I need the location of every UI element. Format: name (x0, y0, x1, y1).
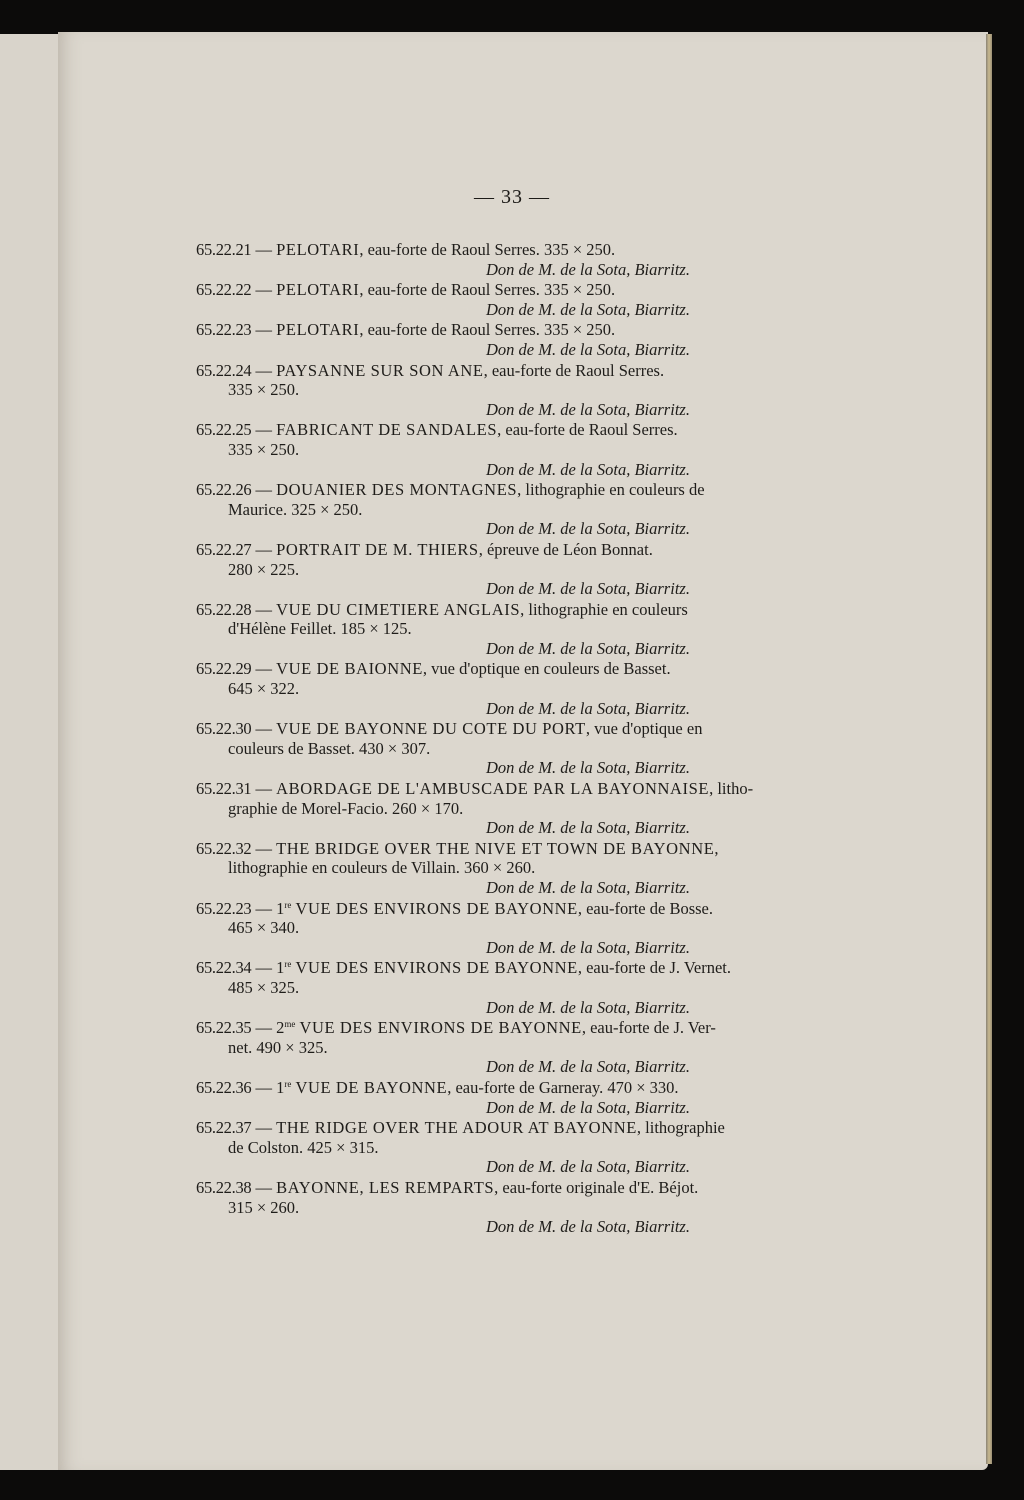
donor-credit: Don de M. de la Sota, Biarritz. (196, 260, 808, 280)
separator: — (251, 361, 276, 380)
artwork-title: VUE DE BAIONNE (276, 659, 423, 678)
catalog-entry: 65.22.21 — PELOTARI, eau-forte de Raoul … (196, 240, 808, 279)
artwork-title: VUE DES ENVIRONS DE BAYONNE (295, 958, 577, 977)
inventory-number: 65.22.29 (196, 659, 251, 678)
catalog-entry: 65.22.23 — PELOTARI, eau-forte de Raoul … (196, 320, 808, 359)
inventory-number: 65.22.38 (196, 1178, 251, 1197)
entry-text: 65.22.24 — PAYSANNE SUR SON ANE, eau-for… (196, 361, 808, 400)
donor-credit: Don de M. de la Sota, Biarritz. (196, 1217, 808, 1237)
separator: — (251, 540, 276, 559)
ordinal-suffix: me (284, 1019, 295, 1029)
separator: — (251, 1178, 276, 1197)
description-continuation: de Colston. 425 × 315. (196, 1138, 808, 1158)
catalog-entry: 65.22.26 — DOUANIER DES MONTAGNES, litho… (196, 480, 808, 539)
artwork-description: , eau-forte originale d'E. Béjot. (494, 1178, 698, 1197)
separator: — (251, 240, 276, 259)
catalog-entry: 65.22.31 — ABORDAGE DE L'AMBUSCADE PAR L… (196, 779, 808, 838)
catalog-entry: 65.22.36 — 1re VUE DE BAYONNE, eau-forte… (196, 1078, 808, 1117)
artwork-title: PELOTARI (276, 280, 359, 299)
description-continuation: Maurice. 325 × 250. (196, 500, 808, 520)
separator: — (251, 600, 276, 619)
artwork-title: VUE DE BAYONNE (295, 1078, 447, 1097)
entry-text: 65.22.29 — VUE DE BAIONNE, vue d'optique… (196, 659, 808, 698)
donor-credit: Don de M. de la Sota, Biarritz. (196, 1098, 808, 1118)
artwork-title: ABORDAGE DE L'AMBUSCADE PAR LA BAYONNAIS… (276, 779, 709, 798)
inventory-number: 65.22.23 (196, 320, 251, 339)
separator: — (251, 480, 276, 499)
artwork-description: , (714, 839, 718, 858)
artwork-title: VUE DES ENVIRONS DE BAYONNE (295, 899, 577, 918)
separator: — (251, 958, 276, 977)
entry-text: 65.22.35 — 2me VUE DES ENVIRONS DE BAYON… (196, 1018, 808, 1057)
donor-credit: Don de M. de la Sota, Biarritz. (196, 1157, 808, 1177)
catalog-list: 65.22.21 — PELOTARI, eau-forte de Raoul … (196, 240, 808, 1238)
separator: — (251, 659, 276, 678)
artwork-description: , eau-forte de Raoul Serres. (484, 361, 665, 380)
description-continuation: 645 × 322. (196, 679, 808, 699)
catalog-entry: 65.22.34 — 1re VUE DES ENVIRONS DE BAYON… (196, 958, 808, 1017)
inventory-number: 65.22.21 (196, 240, 251, 259)
inventory-number: 65.22.31 (196, 779, 251, 798)
donor-credit: Don de M. de la Sota, Biarritz. (196, 579, 808, 599)
artwork-description: , vue d'optique en (586, 719, 703, 738)
artwork-title: PELOTARI (276, 240, 359, 259)
artwork-description: , lithographie (637, 1118, 725, 1137)
donor-credit: Don de M. de la Sota, Biarritz. (196, 699, 808, 719)
description-continuation: 335 × 250. (196, 380, 808, 400)
inventory-number: 65.22.25 (196, 420, 251, 439)
separator: — (251, 320, 276, 339)
catalog-entry: 65.22.30 — VUE DE BAYONNE DU COTE DU POR… (196, 719, 808, 778)
catalog-entry: 65.22.28 — VUE DU CIMETIERE ANGLAIS, lit… (196, 600, 808, 659)
entry-text: 65.22.37 — THE RIDGE OVER THE ADOUR AT B… (196, 1118, 808, 1157)
inventory-number: 65.22.22 (196, 280, 251, 299)
separator: — (251, 779, 276, 798)
artwork-title: FABRICANT DE SANDALES (276, 420, 497, 439)
entry-text: 65.22.36 — 1re VUE DE BAYONNE, eau-forte… (196, 1078, 808, 1098)
donor-credit: Don de M. de la Sota, Biarritz. (196, 818, 808, 838)
artwork-description: , eau-forte de Bosse. (578, 899, 713, 918)
artwork-description: , eau-forte de Raoul Serres. (497, 420, 678, 439)
artwork-description: , eau-forte de Garneray. 470 × 330. (447, 1078, 678, 1097)
description-continuation: net. 490 × 325. (196, 1038, 808, 1058)
donor-credit: Don de M. de la Sota, Biarritz. (196, 878, 808, 898)
donor-credit: Don de M. de la Sota, Biarritz. (196, 639, 808, 659)
separator: — (251, 420, 276, 439)
inventory-number: 65.22.37 (196, 1118, 251, 1137)
catalog-entry: 65.22.24 — PAYSANNE SUR SON ANE, eau-for… (196, 361, 808, 420)
artwork-title: DOUANIER DES MONTAGNES (276, 480, 517, 499)
donor-credit: Don de M. de la Sota, Biarritz. (196, 1057, 808, 1077)
artwork-description: , épreuve de Léon Bonnat. (479, 540, 653, 559)
inventory-number: 65.22.24 (196, 361, 251, 380)
entry-text: 65.22.23 — PELOTARI, eau-forte de Raoul … (196, 320, 808, 340)
description-continuation: 485 × 325. (196, 978, 808, 998)
artwork-description: , litho- (709, 779, 753, 798)
donor-credit: Don de M. de la Sota, Biarritz. (196, 340, 808, 360)
separator: — (251, 1018, 276, 1037)
description-continuation: d'Hélène Feillet. 185 × 125. (196, 619, 808, 639)
artwork-title: VUE DU CIMETIERE ANGLAIS (276, 600, 520, 619)
inventory-number: 65.22.30 (196, 719, 251, 738)
artwork-description: , eau-forte de J. Vernet. (578, 958, 731, 977)
entry-text: 65.22.23 — 1re VUE DES ENVIRONS DE BAYON… (196, 899, 808, 938)
artwork-title: PELOTARI (276, 320, 359, 339)
description-continuation: graphie de Morel-Facio. 260 × 170. (196, 799, 808, 819)
entry-text: 65.22.28 — VUE DU CIMETIERE ANGLAIS, lit… (196, 600, 808, 639)
artwork-description: , eau-forte de J. Ver- (582, 1018, 716, 1037)
inventory-number: 65.22.23 (196, 899, 251, 918)
artwork-title: BAYONNE, LES REMPARTS (276, 1178, 494, 1197)
catalog-entry: 65.22.35 — 2me VUE DES ENVIRONS DE BAYON… (196, 1018, 808, 1077)
entry-text: 65.22.25 — FABRICANT DE SANDALES, eau-fo… (196, 420, 808, 459)
inventory-number: 65.22.27 (196, 540, 251, 559)
inventory-number: 65.22.26 (196, 480, 251, 499)
catalog-entry: 65.22.25 — FABRICANT DE SANDALES, eau-fo… (196, 420, 808, 479)
inventory-number: 65.22.36 (196, 1078, 251, 1097)
inventory-number: 65.22.34 (196, 958, 251, 977)
entry-text: 65.22.22 — PELOTARI, eau-forte de Raoul … (196, 280, 808, 300)
inventory-number: 65.22.35 (196, 1018, 251, 1037)
separator: — (251, 899, 276, 918)
catalog-entry: 65.22.22 — PELOTARI, eau-forte de Raoul … (196, 280, 808, 319)
separator: — (251, 280, 276, 299)
page-number: — 33 — (0, 186, 1024, 209)
artwork-description: , lithographie en couleurs de (517, 480, 704, 499)
donor-credit: Don de M. de la Sota, Biarritz. (196, 519, 808, 539)
description-continuation: 280 × 225. (196, 560, 808, 580)
catalog-entry: 65.22.32 — THE BRIDGE OVER THE NIVE ET T… (196, 839, 808, 898)
entry-text: 65.22.31 — ABORDAGE DE L'AMBUSCADE PAR L… (196, 779, 808, 818)
artwork-title: PAYSANNE SUR SON ANE (276, 361, 483, 380)
artwork-description: , lithographie en couleurs (520, 600, 688, 619)
artwork-description: , vue d'optique en couleurs de Basset. (423, 659, 671, 678)
entry-text: 65.22.38 — BAYONNE, LES REMPARTS, eau-fo… (196, 1178, 808, 1217)
artwork-title: PORTRAIT DE M. THIERS (276, 540, 479, 559)
catalog-entry: 65.22.38 — BAYONNE, LES REMPARTS, eau-fo… (196, 1178, 808, 1237)
entry-text: 65.22.34 — 1re VUE DES ENVIRONS DE BAYON… (196, 958, 808, 997)
catalog-entry: 65.22.37 — THE RIDGE OVER THE ADOUR AT B… (196, 1118, 808, 1177)
separator: — (251, 719, 276, 738)
entry-text: 65.22.32 — THE BRIDGE OVER THE NIVE ET T… (196, 839, 808, 878)
donor-credit: Don de M. de la Sota, Biarritz. (196, 758, 808, 778)
artwork-title: VUE DES ENVIRONS DE BAYONNE (299, 1018, 581, 1037)
description-continuation: lithographie en couleurs de Villain. 360… (196, 858, 808, 878)
separator: — (251, 1118, 276, 1137)
entry-text: 65.22.30 — VUE DE BAYONNE DU COTE DU POR… (196, 719, 808, 758)
catalog-entry: 65.22.23 — 1re VUE DES ENVIRONS DE BAYON… (196, 899, 808, 958)
entry-text: 65.22.26 — DOUANIER DES MONTAGNES, litho… (196, 480, 808, 519)
description-continuation: 315 × 260. (196, 1198, 808, 1218)
inventory-number: 65.22.28 (196, 600, 251, 619)
separator: — (251, 839, 276, 858)
page-stack-edge (986, 34, 992, 1464)
separator: — (251, 1078, 276, 1097)
donor-credit: Don de M. de la Sota, Biarritz. (196, 460, 808, 480)
donor-credit: Don de M. de la Sota, Biarritz. (196, 938, 808, 958)
donor-credit: Don de M. de la Sota, Biarritz. (196, 998, 808, 1018)
donor-credit: Don de M. de la Sota, Biarritz. (196, 300, 808, 320)
inventory-number: 65.22.32 (196, 839, 251, 858)
donor-credit: Don de M. de la Sota, Biarritz. (196, 400, 808, 420)
description-continuation: 465 × 340. (196, 918, 808, 938)
artwork-title: VUE DE BAYONNE DU COTE DU PORT (276, 719, 586, 738)
artwork-description: , eau-forte de Raoul Serres. 335 × 250. (359, 320, 615, 339)
catalog-entry: 65.22.29 — VUE DE BAIONNE, vue d'optique… (196, 659, 808, 718)
description-continuation: couleurs de Basset. 430 × 307. (196, 739, 808, 759)
artwork-title: THE BRIDGE OVER THE NIVE ET TOWN DE BAYO… (276, 839, 714, 858)
entry-text: 65.22.27 — PORTRAIT DE M. THIERS, épreuv… (196, 540, 808, 579)
artwork-description: , eau-forte de Raoul Serres. 335 × 250. (359, 240, 615, 259)
artwork-title: THE RIDGE OVER THE ADOUR AT BAYONNE (276, 1118, 637, 1137)
entry-text: 65.22.21 — PELOTARI, eau-forte de Raoul … (196, 240, 808, 260)
artwork-description: , eau-forte de Raoul Serres. 335 × 250. (359, 280, 615, 299)
description-continuation: 335 × 250. (196, 440, 808, 460)
catalog-entry: 65.22.27 — PORTRAIT DE M. THIERS, épreuv… (196, 540, 808, 599)
